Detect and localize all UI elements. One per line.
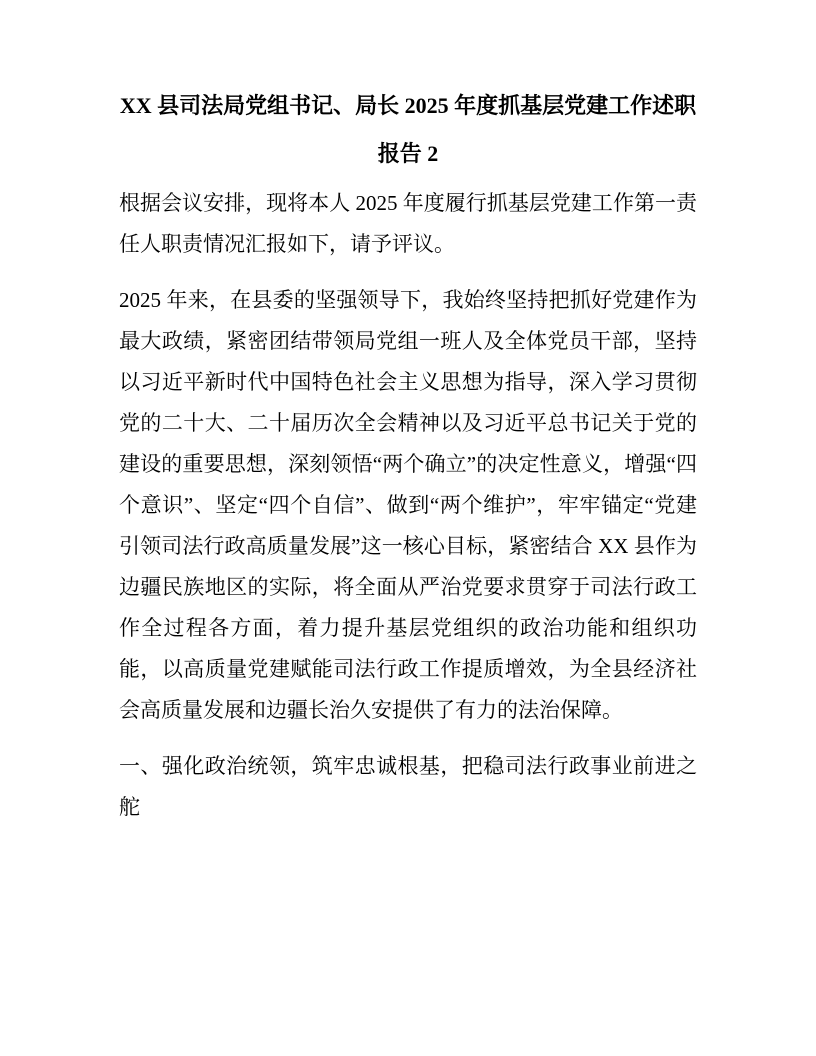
document-page: XX 县司法局党组书记、局长 2025 年度抓基层党建工作述职报告 2 根据会议…: [0, 0, 816, 1056]
section-heading-1: 一、强化政治统领，筑牢忠诚根基，把稳司法行政事业前进之舵: [119, 746, 697, 828]
paragraph-overview: 2025 年来，在县委的坚强领导下，我始终坚持把抓好党建作为最大政绩，紧密团结带…: [119, 280, 697, 731]
document-title: XX 县司法局党组书记、局长 2025 年度抓基层党建工作述职报告 2: [119, 82, 697, 178]
paragraph-intro: 根据会议安排，现将本人 2025 年度履行抓基层党建工作第一责任人职责情况汇报如…: [119, 183, 697, 265]
